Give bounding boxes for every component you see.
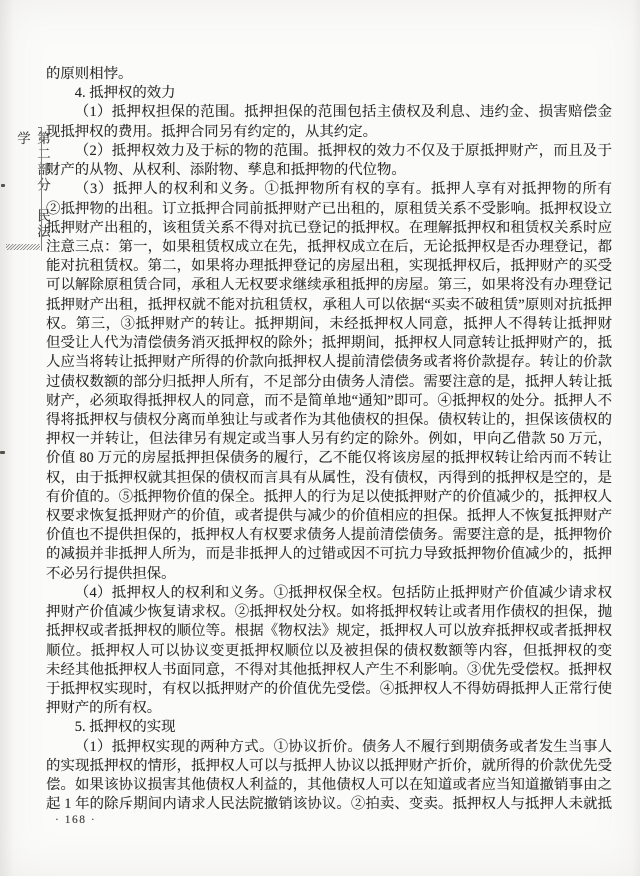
chapter-tab: 第二部分 民法学 [6, 126, 42, 254]
text-line: 但受让人代为清偿债务消灭抵押权的除外；抵押期间，抵押权人同意转让抵押财产的，抵押 [46, 334, 612, 353]
text-line: （3）抵押人的权利和义务。①抵押物所有权的享有。抵押人享有对抵押物的所有权。 [46, 180, 612, 199]
text-line: 人应当将转让抵押财产所得的价款向抵押权人提前清偿债务或者将价款提存。转让的价款超 [46, 353, 612, 372]
text-line: 得将抵押权与债权分离而单独让与或者作为其他债权的担保。债权转让的，担保该债权的抵 [46, 411, 612, 430]
text-line: 权，由于抵押权就其担保的债权而言具有从属性，没有债权，丙得到的抵押权是空的，是没 [46, 469, 612, 488]
text-line: 过债权数额的部分归抵押人所有，不足部分由债务人清偿。需要注意的是，抵押人转让抵押 [46, 373, 612, 392]
text-line: 有价值的。⑤抵押物价值的保全。抵押人的行为足以使抵押财产的价值减少的，抵押权人有 [46, 488, 612, 507]
text-line: 押权一并转让，但法律另有规定或当事人另有约定的除外。例如，甲向乙借款 50 万元… [46, 430, 612, 449]
text-line: 抵押权或者抵押权的顺位等。根据《物权法》规定，抵押权人可以放弃抵押权或者抵押权的 [46, 622, 612, 641]
text-line: （2）抵押权效力及于标的物的范围。抵押权的效力不仅及于原抵押财产，而且及于抵押 [46, 142, 612, 161]
text-line: 押财产的所有权。 [46, 699, 612, 718]
text-line: 未经其他抵押权人书面同意，不得对其他抵押权人产生不利影响。③优先受偿权。抵押权人 [46, 661, 612, 680]
text-line: （1）抵押权实现的两种方式。①协议折价。债务人不履行到期债务或者发生当事人约定 [46, 738, 612, 757]
text-line: 价值 80 万元的房屋抵押担保债务的履行，乙不能仅将该房屋的抵押权转让给丙而不转… [46, 449, 612, 468]
text-line: 偿。如果该协议损害其他债权人利益的，其他债权人可以在知道或者应当知道撤销事由之日 [46, 776, 612, 795]
text-line: （1）抵押权担保的范围。抵押担保的范围包括主债权及利息、违约金、损害赔偿金和实 [46, 103, 612, 122]
text-line: 的原则相悖。 [46, 65, 612, 84]
text-line: 财产的从物、从权利、添附物、孳息和抵押物的代位物。 [46, 161, 612, 180]
text-line: 能对抗租赁权。第二，如果将办理抵押登记的房屋出租，实现抵押权后，抵押财产的买受人 [46, 257, 612, 276]
section-heading: 4. 抵押权的效力 [46, 84, 612, 103]
text-line: 注意三点：第一，如果租赁权成立在先，抵押权成立在后，无论抵押权是否办理登记，都不 [46, 238, 612, 257]
text-line: （4）抵押权人的权利和义务。①抵押权保全权。包括防止抵押财产价值减少请求权和抵 [46, 584, 612, 603]
section-heading: 5. 抵押权的实现 [46, 718, 612, 737]
page-number: · 168 · [55, 814, 96, 826]
text-line: 权要求恢复抵押财产的价值，或者提供与减少的价值相应的担保。抵押人不恢复抵押财产的 [46, 507, 612, 526]
chapter-tab-rule [41, 127, 42, 251]
text-line: 的减损并非抵押人所为，而是非抵押人的过错或因不可抗力导致抵押物价值减少的，抵押人 [46, 545, 612, 564]
text-line: 于抵押权实现时，有权以抵押财产的价值优先受偿。④抵押权人不得妨碍抵押人正常行使抵 [46, 680, 612, 699]
text-line: 顺位。抵押权人可以协议变更抵押权顺位以及被担保的债权数额等内容，但抵押权的变更， [46, 642, 612, 661]
text-line: 现抵押权的费用。抵押合同另有约定的，从其约定。 [46, 123, 612, 142]
text-line: 权。第三，③抵押财产的转让。抵押期间，未经抵押权人同意，抵押人不得转让抵押财产， [46, 315, 612, 334]
text-line: 押财产价值减少恢复请求权。②抵押权处分权。如将抵押权转让或者用作债权的担保，抛弃 [46, 603, 612, 622]
text-line: 抵押财产出租的，该租赁关系不得对抗已登记的抵押权。在理解抵押权和租赁权关系时应当 [46, 219, 612, 238]
text-line: 抵押财产出租，抵押权就不能对抗租赁权，承租人可以依据“买卖不破租赁”原则对抗抵押 [46, 296, 612, 315]
text-line: 价值也不提供担保的，抵押权人有权要求债务人提前清偿债务。需要注意的是，抵押物价值 [46, 526, 612, 545]
text-body: 的原则相悖。4. 抵押权的效力（1）抵押权担保的范围。抵押担保的范围包括主债权及… [46, 65, 612, 815]
text-line: 可以解除原租赁合同，承租人无权要求继续承租抵押的房屋。第三，如果将没有办理登记的 [46, 276, 612, 295]
text-line: 不必另行提供担保。 [46, 565, 612, 584]
text-line: 的实现抵押权的情形，抵押权人可以与抵押人协议以抵押财产折价，就所得的价款优先受 [46, 757, 612, 776]
text-line: 财产，必须取得抵押权人的同意，而不是简单地“通知”即可。④抵押权的处分。抵押人不 [46, 392, 612, 411]
chapter-tab-hatch [6, 244, 40, 250]
book-page: 第二部分 民法学 的原则相悖。4. 抵押权的效力（1）抵押权担保的范围。抵押担保… [0, 0, 640, 876]
text-line: ②抵押物的出租。订立抵押合同前抵押财产已出租的，原租赁关系不受影响。抵押权设立后 [46, 200, 612, 219]
spine-mark [1, 184, 5, 187]
text-line: 起 1 年的除斥期间内请求人民法院撤销该协议。②拍卖、变卖。抵押权人与抵押人未就… [46, 795, 612, 814]
spine-mark [0, 451, 5, 454]
